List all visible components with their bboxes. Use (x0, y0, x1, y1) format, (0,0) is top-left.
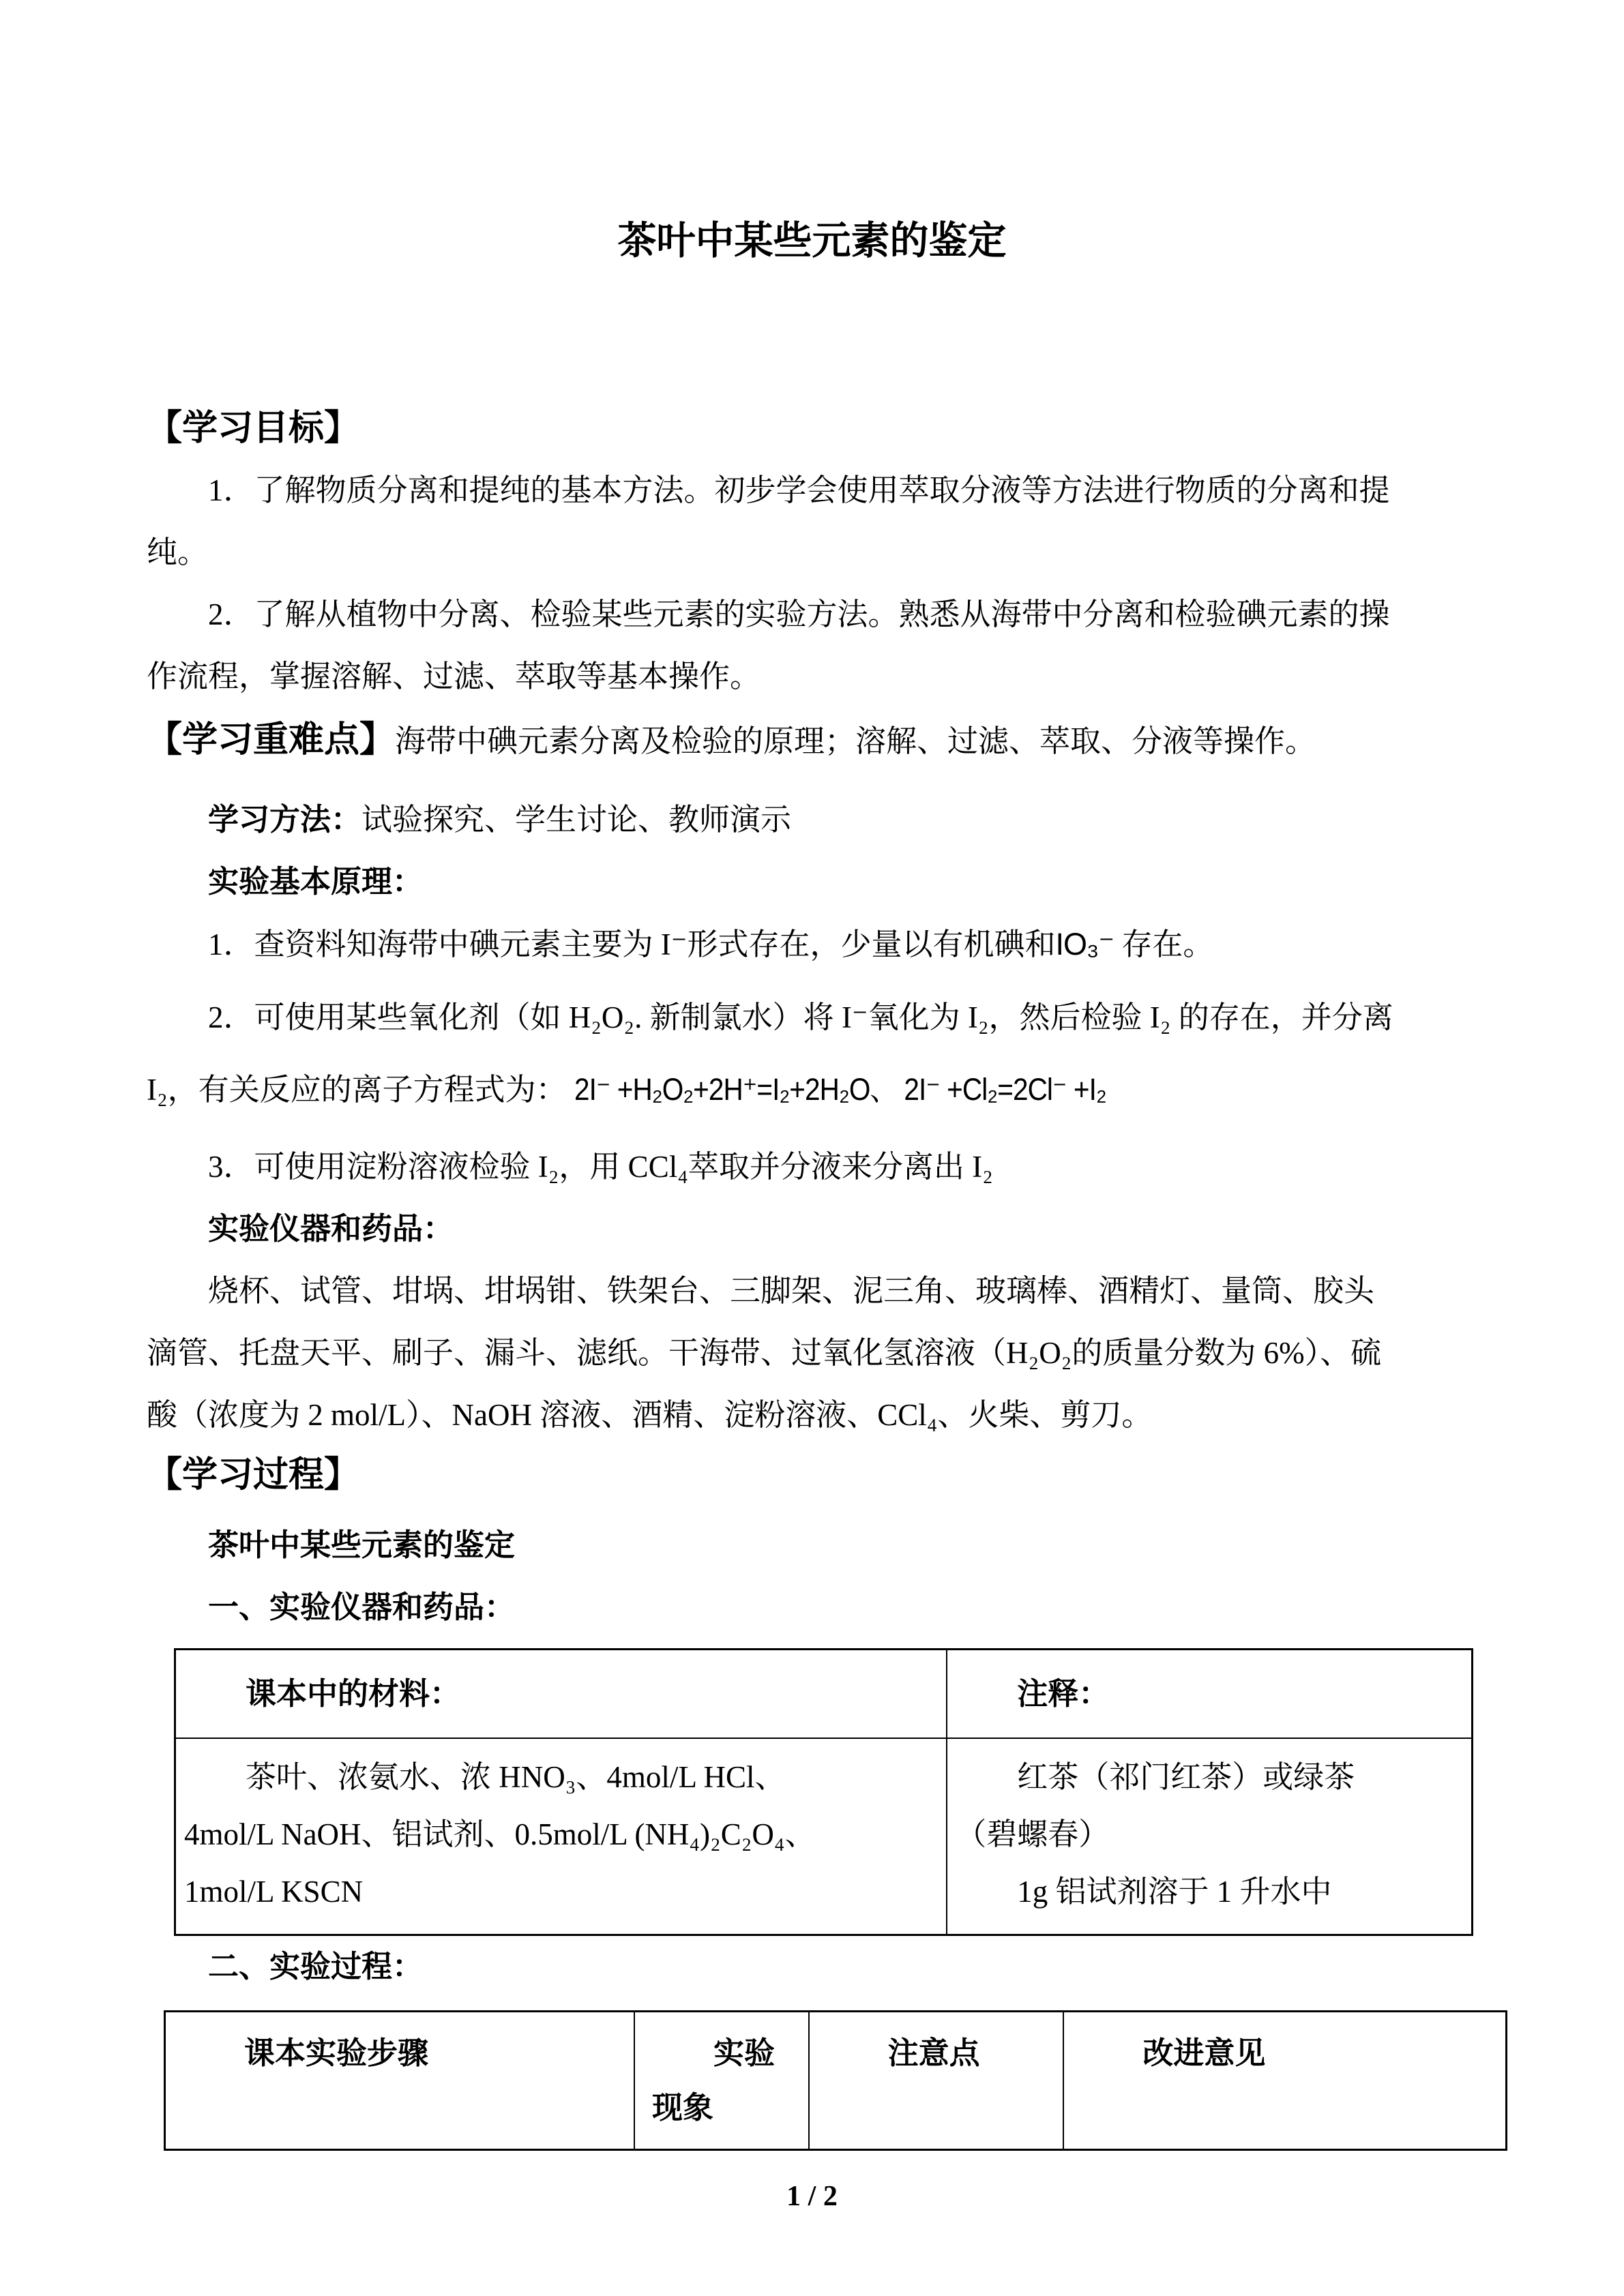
objectives-para1-line2: 纯。 (147, 522, 1477, 584)
equipment-line1: 烧杯、试管、坩埚、坩埚钳、铁架台、三脚架、泥三角、玻璃棒、酒精灯、量筒、胶头 (147, 1260, 1477, 1322)
method-label: 学习方法： (208, 803, 361, 837)
steps-header-label: 课本实验步骤 (183, 2026, 617, 2081)
notes-header-label: 注释： (956, 1665, 1463, 1723)
materials-table: 课本中的材料： 注释： 茶叶、浓氨水、浓 HNO₃、4mol/L HCl、 4m… (174, 1648, 1473, 1936)
process-table-header-row: 课本实验步骤 实验现象 注意点 改进意见 (165, 2012, 1507, 2150)
method-line: 学习方法：试验探究、学生讨论、教师演示 (147, 789, 1477, 851)
steps-header-cell: 课本实验步骤 (165, 2012, 634, 2150)
document-page: 茶叶中某些元素的鉴定 【学习目标】 1．了解物质分离和提纯的基本方法。初步学会使… (0, 0, 1624, 2296)
principle-item1-tail: 存在。 (1114, 927, 1213, 961)
notes-header-cell: 注释： (947, 1650, 1472, 1739)
materials-line: 1mol/L KSCN (184, 1863, 938, 1920)
objectives-para1-line1: 1．了解物质分离和提纯的基本方法。初步学会使用萃取分液等方法进行物质的分离和提 (147, 460, 1477, 522)
equipment-line2: 滴管、托盘天平、刷子、漏斗、滤纸。干海带、过氧化氢溶液（H₂O₂的质量分数为 6… (147, 1322, 1477, 1384)
materials-header-cell: 课本中的材料： (175, 1650, 947, 1739)
page-number: 1 / 2 (147, 2179, 1477, 2213)
improvement-header-cell: 改进意见 (1063, 2012, 1506, 2150)
notes-cell: 红茶（祁门红茶）或绿茶 （碧螺春） 1g 铝试剂溶于 1 升水中 (947, 1738, 1472, 1935)
materials-table-body-row: 茶叶、浓氨水、浓 HNO₃、4mol/L HCl、 4mol/L NaOH、铝试… (175, 1738, 1473, 1935)
method-text: 试验探究、学生讨论、教师演示 (361, 803, 791, 837)
materials-line: 4mol/L NaOH、铝试剂、0.5mol/L (NH₄)₂C₂O₄、 (184, 1806, 938, 1863)
ionic-equations: 2I⁻ +H₂O₂+2H⁺=I₂+2H₂O、 2I⁻ +Cl₂=2Cl⁻ +I₂ (574, 1058, 1106, 1120)
phenomenon-header-cell: 实验现象 (634, 2012, 809, 2150)
materials-header-label: 课本中的材料： (184, 1665, 938, 1723)
attention-header-cell: 注意点 (809, 2012, 1064, 2150)
phenomenon-header-label: 实验现象 (652, 2026, 791, 2135)
equipment-line3: 酸（浓度为 2 mol/L）、NaOH 溶液、酒精、淀粉溶液、CCl₄、火柴、剪… (147, 1384, 1477, 1446)
materials-cell: 茶叶、浓氨水、浓 HNO₃、4mol/L HCl、 4mol/L NaOH、铝试… (175, 1738, 947, 1935)
attention-header-label: 注意点 (827, 2026, 1046, 2081)
improvement-header-label: 改进意见 (1081, 2026, 1488, 2081)
principle-item2-line1: 2．可使用某些氧化剂（如 H₂O₂. 新制氯水）将 I⁻氧化为 I₂，然后检验 … (147, 987, 1477, 1049)
principle-item1-text: 1．查资料知海带中碘元素主要为 I⁻形式存在，少量以有机碘和 (208, 927, 1056, 961)
principle-item3: 3．可使用淀粉溶液检验 I₂，用 CCl₄萃取并分液来分离出 I₂ (147, 1136, 1477, 1198)
process-table: 课本实验步骤 实验现象 注意点 改进意见 (164, 2010, 1507, 2151)
materials-line: 茶叶、浓氨水、浓 HNO₃、4mol/L HCl、 (184, 1748, 938, 1806)
objectives-para2-line2: 作流程，掌握溶解、过滤、萃取等基本操作。 (147, 646, 1477, 708)
equipment-heading: 实验仪器和药品： (147, 1198, 1477, 1260)
equation-lead: I₂，有关反应的离子方程式为： (147, 1073, 574, 1107)
materials-table-header-row: 课本中的材料： 注释： (175, 1650, 1473, 1739)
heading-keypoints: 【学习重难点】 (147, 721, 395, 760)
notes-line: 1g 铝试剂溶于 1 升水中 (956, 1863, 1463, 1920)
process-subtitle: 茶叶中某些元素的鉴定 (147, 1515, 1477, 1577)
notes-line: （碧螺春） (956, 1806, 1463, 1863)
page-title: 茶叶中某些元素的鉴定 (147, 220, 1477, 263)
principle-heading: 实验基本原理： (147, 851, 1477, 913)
heading-objectives: 【学习目标】 (147, 408, 1477, 450)
part1-heading: 一、实验仪器和药品： (147, 1577, 1477, 1639)
objectives-para2-line1: 2．了解从植物中分离、检验某些元素的实验方法。熟悉从海带中分离和检验碘元素的操 (147, 584, 1477, 646)
notes-line: 红茶（祁门红茶）或绿茶 (956, 1748, 1463, 1806)
iodate-formula: IO₃⁻ (1056, 927, 1114, 961)
keypoints-text: 海带中碘元素分离及检验的原理；溶解、过滤、萃取、分液等操作。 (395, 724, 1316, 758)
part2-heading: 二、实验过程： (147, 1936, 1477, 1998)
principle-item1: 1．查资料知海带中碘元素主要为 I⁻形式存在，少量以有机碘和IO₃⁻ 存在。 (147, 913, 1477, 976)
heading-process: 【学习过程】 (147, 1455, 1477, 1497)
principle-item2-line2: I₂，有关反应的离子方程式为： 2I⁻ +H₂O₂+2H⁺=I₂+2H₂O、 2… (147, 1058, 1477, 1121)
keypoints-line: 【学习重难点】海带中碘元素分离及检验的原理；溶解、过滤、萃取、分液等操作。 (147, 708, 1477, 774)
